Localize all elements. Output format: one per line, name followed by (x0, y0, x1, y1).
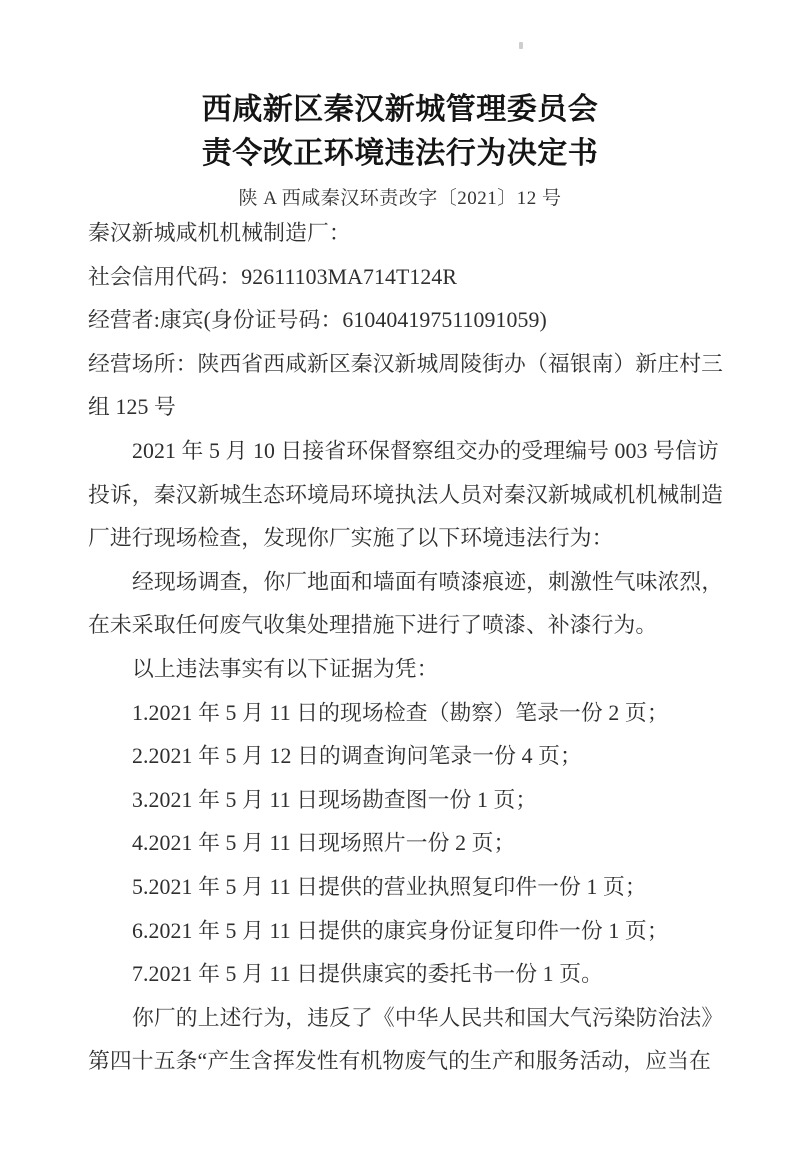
body-line-violation-law-1: 你厂的上述行为，违反了《中华人民共和国大气污染防治法》 (88, 997, 730, 1041)
body-line-evidence-6: 6.2021 年 5 月 11 日提供的康宾身份证复印件一份 1 页； (88, 910, 730, 954)
body-line-evidence-4: 4.2021 年 5 月 11 日现场照片一份 2 页； (88, 822, 730, 866)
document-header: 西咸新区秦汉新城管理委员会 责令改正环境违法行为决定书 (0, 0, 800, 176)
scan-artifact (519, 42, 523, 49)
body-line-evidence-1: 1.2021 年 5 月 11 日的现场检查（勘察）笔录一份 2 页； (88, 692, 730, 736)
document-body: 秦汉新城咸机机械制造厂： 社会信用代码：92611103MA714T124R 经… (88, 212, 730, 1084)
body-line-evidence-3: 3.2021 年 5 月 11 日现场勘查图一份 1 页； (88, 779, 730, 823)
document-title-line-1: 西咸新区秦汉新城管理委员会 (0, 88, 800, 132)
body-line-recipient: 秦汉新城咸机机械制造厂： (88, 212, 730, 256)
body-line-evidence-2: 2.2021 年 5 月 12 日的调查询问笔录一份 4 页； (88, 735, 730, 779)
body-line-address-1: 经营场所：陕西省西咸新区秦汉新城周陵街办（福银南）新庄村三 (88, 343, 730, 387)
body-line-violation-law-2: 第四十五条“产生含挥发性有机物废气的生产和服务活动，应当在 (88, 1040, 730, 1084)
body-line-evidence-7: 7.2021 年 5 月 11 日提供康宾的委托书一份 1 页。 (88, 953, 730, 997)
body-line-evidence-intro: 以上违法事实有以下证据为凭： (88, 648, 730, 692)
body-line-paragraph1-3: 厂进行现场检查，发现你厂实施了以下环境违法行为： (88, 517, 730, 561)
document-number: 陕 A 西咸秦汉环责改字〔2021〕12 号 (0, 186, 800, 212)
body-line-paragraph2-2: 在未采取任何废气收集处理措施下进行了喷漆、补漆行为。 (88, 604, 730, 648)
body-line-evidence-5: 5.2021 年 5 月 11 日提供的营业执照复印件一份 1 页； (88, 866, 730, 910)
body-line-paragraph1-1: 2021 年 5 月 10 日接省环保督察组交办的受理编号 003 号信访 (88, 430, 730, 474)
body-line-paragraph1-2: 投诉，秦汉新城生态环境局环境执法人员对秦汉新城咸机机械制造 (88, 474, 730, 518)
body-line-operator: 经营者:康宾(身份证号码：610404197511091059) (88, 299, 730, 343)
body-line-credit-code: 社会信用代码：92611103MA714T124R (88, 256, 730, 300)
document-title-line-2: 责令改正环境违法行为决定书 (0, 132, 800, 176)
body-line-paragraph2-1: 经现场调查，你厂地面和墙面有喷漆痕迹，刺激性气味浓烈， (88, 561, 730, 605)
body-line-address-2: 组 125 号 (88, 386, 730, 430)
document-page: 西咸新区秦汉新城管理委员会 责令改正环境违法行为决定书 陕 A 西咸秦汉环责改字… (0, 0, 800, 1172)
